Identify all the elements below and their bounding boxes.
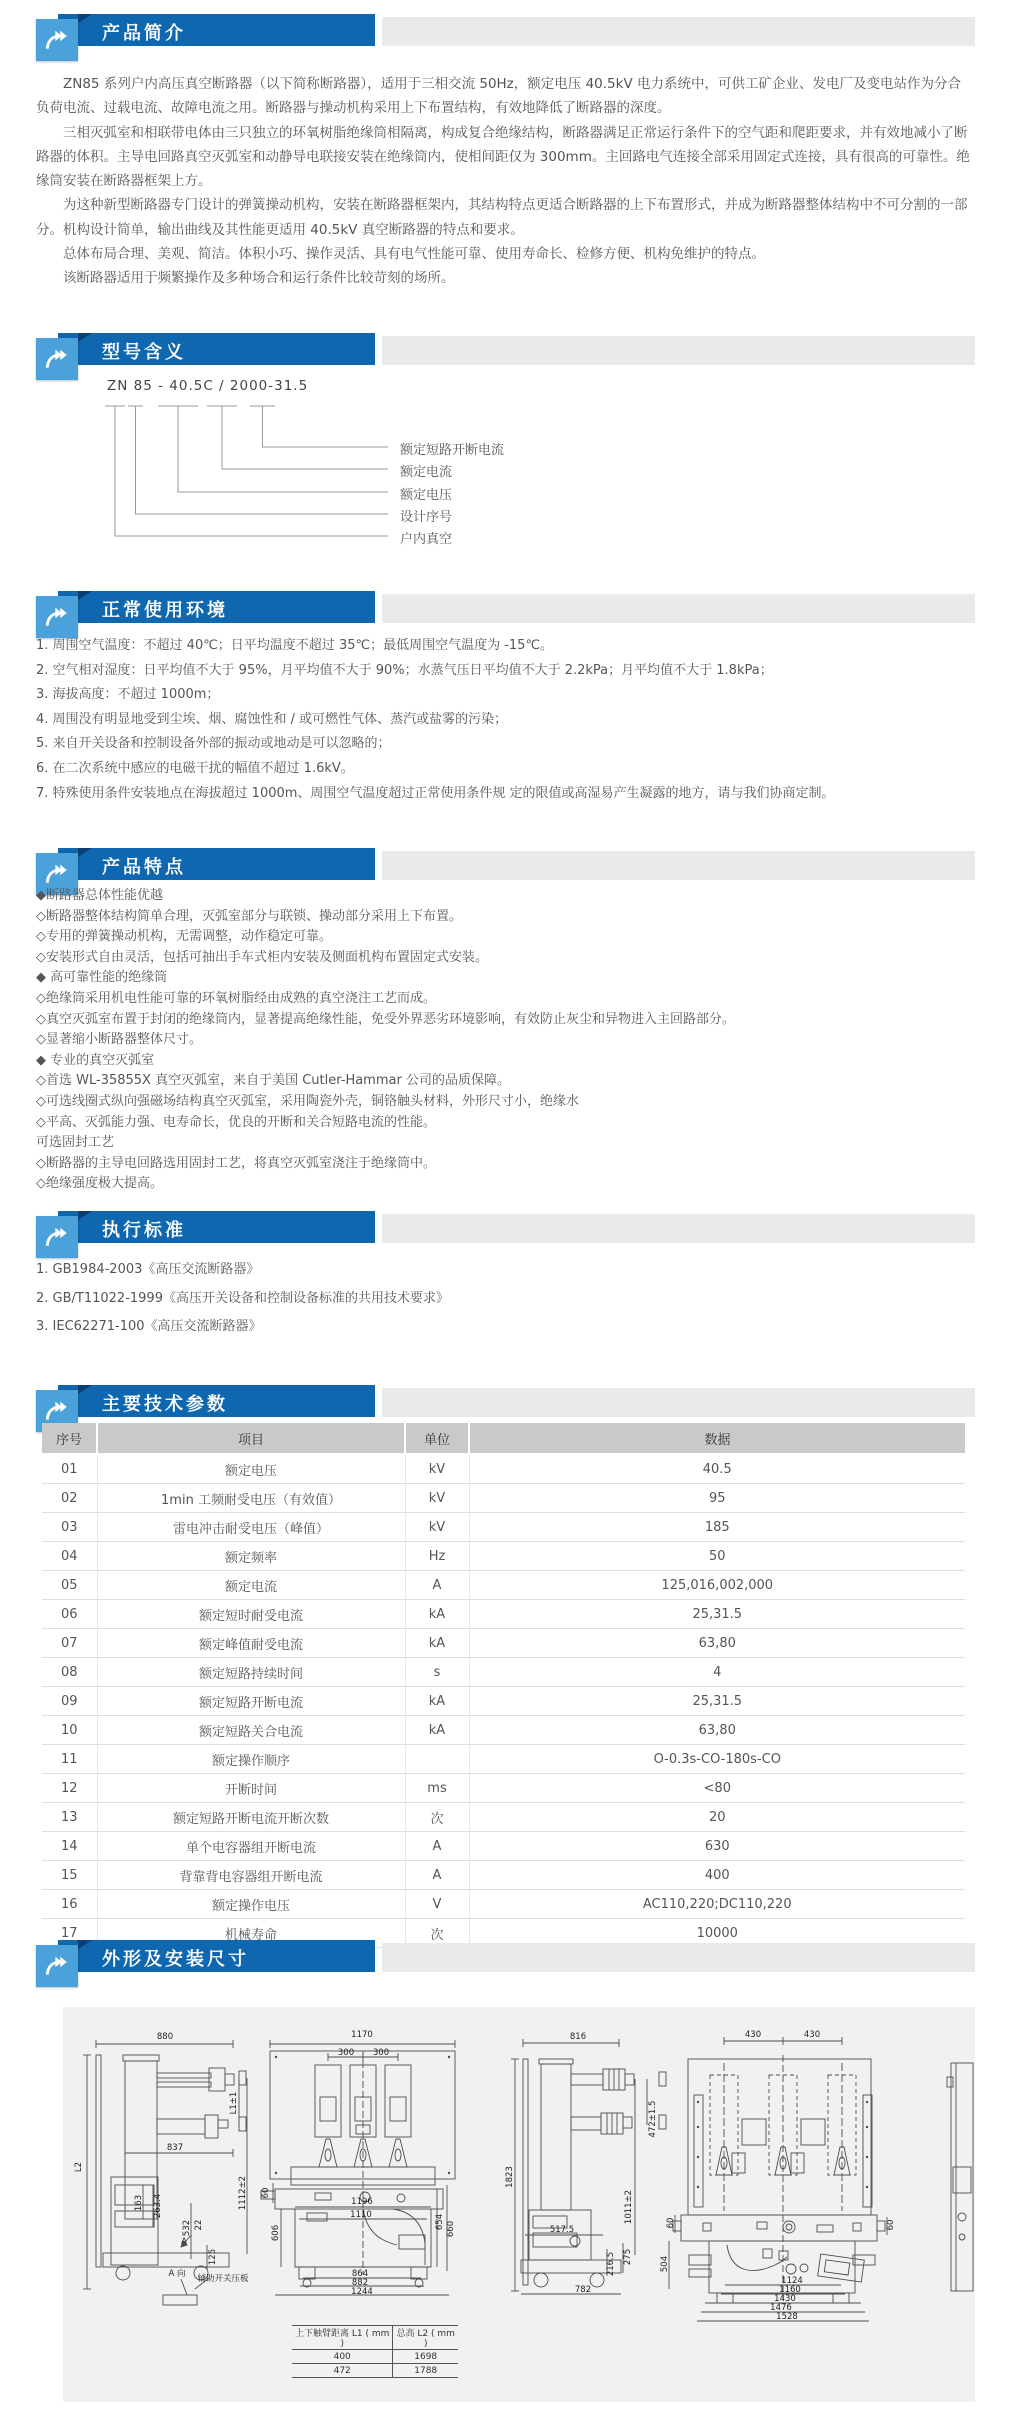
param-cell: 630	[469, 1832, 965, 1861]
dimension-label: 1244	[351, 2287, 373, 2297]
param-cell: 50	[469, 1542, 965, 1571]
param-cell: ms	[405, 1774, 469, 1803]
param-cell: 25,31.5	[469, 1687, 965, 1716]
param-cell: 额定操作电压	[97, 1890, 405, 1919]
dimension-label: 1170	[351, 2030, 373, 2040]
param-cell: Hz	[405, 1542, 469, 1571]
subtable-cell: 1698	[393, 2350, 458, 2364]
dimension-label: 163	[134, 2195, 144, 2211]
subtable-cell: 400	[292, 2350, 393, 2364]
dimension-label: 517.5	[550, 2225, 574, 2235]
section-header-standards: 执行标准	[0, 1211, 1009, 1261]
param-cell: 额定短路持续时间	[97, 1658, 405, 1687]
param-cell: 额定短路开断电流开断次数	[97, 1803, 405, 1832]
text-line: ◆ 专业的真空灭弧室	[36, 1051, 980, 1072]
text-line: 6. 在二次系统中感应的电磁干扰的幅值不超过 1.6kV。	[36, 757, 980, 782]
dimension-label: 22	[194, 2220, 204, 2231]
subtable-row: 4721788	[292, 2364, 458, 2378]
header-fold	[78, 1385, 92, 1394]
param-cell: 09	[42, 1687, 97, 1716]
param-row: 11额定操作顺序O-0.3s-CO-180s-CO	[42, 1745, 965, 1774]
text-line: 7. 特殊使用条件安装地点在海拔超过 1000m、周围空气温度超过正常使用条件规…	[36, 782, 980, 807]
subtable-cell: 1788	[393, 2364, 458, 2378]
text-line: 1. GB1984-2003《高压交流断路器》	[36, 1256, 980, 1285]
param-row: 01额定电压kV40.5	[42, 1454, 965, 1484]
text-line: 2. GB/T11022-1999《高压开关设备和控制设备标准的共用技术要求》	[36, 1285, 980, 1314]
param-cell: 05	[42, 1571, 97, 1600]
outline-drawings-panel: 上下触臂距离 L1 ( mm ) 总高 L2 ( mm ) 4001698472…	[63, 2007, 975, 2402]
param-cell: <80	[469, 1774, 965, 1803]
param-cell: 14	[42, 1832, 97, 1861]
header-fold	[78, 848, 92, 857]
param-cell: 08	[42, 1658, 97, 1687]
param-row: 09额定短路开断电流kA25,31.5	[42, 1687, 965, 1716]
section-title: 主要技术参数	[102, 1390, 228, 1416]
text-line: ◇安装形式自由灵活，包括可抽出手车式柜内安装及侧面机构布置固定式安装。	[36, 948, 980, 969]
dimension-label: 60	[261, 2188, 271, 2199]
model-segment-label: 设计序号	[400, 506, 452, 525]
param-row: 07额定峰值耐受电流kA63,80	[42, 1629, 965, 1658]
column-header: 序号	[42, 1423, 97, 1454]
column-header: 项目	[97, 1423, 405, 1454]
header-fold	[78, 333, 92, 342]
dimension-label: 1823	[505, 2166, 515, 2188]
param-cell: 11	[42, 1745, 97, 1774]
dimension-label: 837	[167, 2143, 183, 2153]
dimension-label: 275	[623, 2249, 633, 2265]
double-arrow-icon	[36, 1216, 78, 1258]
text-line: ◆断路器总体性能优越	[36, 886, 980, 907]
param-cell: 02	[42, 1484, 97, 1513]
header-strip	[382, 1214, 975, 1243]
text-line: ◇断路器整体结构简单合理，灭弧室部分与联锁、操动部分采用上下布置。	[36, 907, 980, 928]
param-cell: A	[405, 1571, 469, 1600]
technical-drawing	[63, 2007, 975, 2402]
subtable-header: 上下触臂距离 L1 ( mm )	[292, 2326, 393, 2350]
param-row: 14单个电容器组开断电流A630	[42, 1832, 965, 1861]
text-line: ◇绝缘筒采用机电性能可靠的环氧树脂经由成熟的真空浇注工艺而成。	[36, 989, 980, 1010]
param-cell: 雷电冲击耐受电压（峰值）	[97, 1513, 405, 1542]
paragraph: 为这种新型断路器专门设计的弹簧操动机构，安装在断路器框架内，其结构特点更适合断路…	[36, 193, 974, 242]
param-cell: 单个电容器组开断电流	[97, 1832, 405, 1861]
header-strip	[382, 336, 975, 365]
section-title: 产品特点	[102, 853, 186, 879]
header-fold	[78, 14, 92, 23]
param-row: 13额定短路开断电流开断次数次20	[42, 1803, 965, 1832]
param-cell: 07	[42, 1629, 97, 1658]
param-row: 021min 工频耐受电压（有效值）kV95	[42, 1484, 965, 1513]
section-title: 产品简介	[102, 19, 186, 45]
l1-l2-table: 上下触臂距离 L1 ( mm ) 总高 L2 ( mm ) 4001698472…	[292, 2325, 458, 2378]
intro-paragraphs: ZN85 系列户内高压真空断路器（以下简称断路器），适用于三相交流 50Hz，额…	[36, 72, 974, 291]
param-cell: 额定短时耐受电流	[97, 1600, 405, 1629]
text-line: ◇可选线圈式纵向强磁场结构真空灭弧室，采用陶瓷外壳，铜铬触头材料，外形尺寸小，绝…	[36, 1092, 980, 1113]
text-line: 2. 空气相对湿度：日平均值不大于 95%，月平均值不大于 90%；水蒸气压日平…	[36, 659, 980, 684]
param-cell: 额定电压	[97, 1454, 405, 1484]
dimension-label: A	[181, 2237, 187, 2247]
param-row: 03雷电冲击耐受电压（峰值）kV185	[42, 1513, 965, 1542]
section-title: 正常使用环境	[102, 596, 228, 622]
subtable-header-row: 上下触臂距离 L1 ( mm ) 总高 L2 ( mm )	[292, 2326, 458, 2350]
text-line: ◇专用的弹簧操动机构，无需调整，动作稳定可靠。	[36, 927, 980, 948]
param-cell: kA	[405, 1600, 469, 1629]
double-arrow-icon	[36, 596, 78, 638]
section-title: 外形及安装尺寸	[102, 1945, 249, 1971]
dimension-label: 1528	[776, 2312, 798, 2322]
section-header-intro: 产品简介	[0, 14, 1009, 64]
param-cell: kA	[405, 1716, 469, 1745]
double-arrow-icon	[36, 338, 78, 380]
model-segment-label: 额定电压	[400, 484, 452, 503]
param-cell	[405, 1745, 469, 1774]
dimension-label: 300	[373, 2048, 389, 2058]
dimension-label: 1112±2	[238, 2176, 248, 2210]
param-cell: 额定操作顺序	[97, 1745, 405, 1774]
param-cell: 1min 工频耐受电压（有效值）	[97, 1484, 405, 1513]
param-cell: 06	[42, 1600, 97, 1629]
column-header: 单位	[405, 1423, 469, 1454]
param-cell: 40.5	[469, 1454, 965, 1484]
param-cell: AC110,220;DC110,220	[469, 1890, 965, 1919]
text-line: 3. IEC62271-100《高压交流断路器》	[36, 1313, 980, 1342]
param-cell: 额定峰值耐受电流	[97, 1629, 405, 1658]
text-line: ◇真空灭弧室布置于封闭的绝缘筒内，显著提高绝缘性能，免受外界恶劣环境影响，有效防…	[36, 1010, 980, 1031]
dimension-label: 1196	[351, 2197, 373, 2207]
dimension-label: 430	[804, 2030, 820, 2040]
param-row: 05额定电流A125,016,002,000	[42, 1571, 965, 1600]
dimension-label: 430	[745, 2030, 761, 2040]
subtable-row: 4001698	[292, 2350, 458, 2364]
header-fold	[78, 591, 92, 600]
dimension-label: 606	[271, 2225, 281, 2241]
double-arrow-icon	[36, 1945, 78, 1987]
param-row: 15背靠背电容器组开断电流A400	[42, 1861, 965, 1890]
paragraph: ZN85 系列户内高压真空断路器（以下简称断路器），适用于三相交流 50Hz，额…	[36, 72, 974, 121]
param-cell: 15	[42, 1861, 97, 1890]
param-row: 10额定短路关合电流kA63,80	[42, 1716, 965, 1745]
header-fold	[78, 1211, 92, 1220]
param-cell: 400	[469, 1861, 965, 1890]
param-cell: 12	[42, 1774, 97, 1803]
param-cell: 次	[405, 1803, 469, 1832]
param-cell: 背靠背电容器组开断电流	[97, 1861, 405, 1890]
paragraph: 总体布局合理、美观、简洁。体积小巧、操作灵活、具有电气性能可靠、使用寿命长、检修…	[36, 242, 974, 266]
param-cell: kA	[405, 1629, 469, 1658]
param-cell: 13	[42, 1803, 97, 1832]
param-cell: kA	[405, 1687, 469, 1716]
header-strip	[382, 594, 975, 623]
dimension-label: L2	[74, 2162, 84, 2172]
dimension-label: 532	[182, 2220, 192, 2236]
model-code: ZN 85 - 40.5C / 2000-31.5	[107, 378, 308, 394]
text-line: ◇绝缘强度极大提高。	[36, 1174, 980, 1195]
param-cell: 10	[42, 1716, 97, 1745]
dimension-label: 472±1.5	[648, 2101, 658, 2138]
text-line: 1. 周围空气温度：不超过 40℃；日平均温度不超过 35℃；最低周围空气温度为…	[36, 634, 980, 659]
dimension-label: 782	[575, 2285, 591, 2295]
param-cell: 20	[469, 1803, 965, 1832]
param-cell: 开断时间	[97, 1774, 405, 1803]
param-row: 04额定频率Hz50	[42, 1542, 965, 1571]
param-cell: kV	[405, 1513, 469, 1542]
model-segment-label: 额定短路开断电流	[400, 439, 504, 458]
dimension-label: 660	[446, 2221, 456, 2237]
header-strip	[382, 17, 975, 46]
dimension-label: 216.5	[606, 2252, 616, 2276]
param-cell: 25,31.5	[469, 1600, 965, 1629]
header-fold	[78, 1940, 92, 1949]
text-line: ◇首选 WL-35855X 真空灭弧室，来自于美国 Cutler-Hammar …	[36, 1071, 980, 1092]
param-cell: 4	[469, 1658, 965, 1687]
param-cell: 04	[42, 1542, 97, 1571]
environment-list: 1. 周围空气温度：不超过 40℃；日平均温度不超过 35℃；最低周围空气温度为…	[36, 634, 980, 806]
standards-list: 1. GB1984-2003《高压交流断路器》2. GB/T11022-1999…	[36, 1256, 980, 1342]
section-header-dimensions: 外形及安装尺寸	[0, 1940, 1009, 1990]
model-segment-label: 户内真空	[400, 528, 452, 547]
text-line: 5. 来自开关设备和控制设备外部的振动或地动是可以忽略的；	[36, 732, 980, 757]
param-cell: 03	[42, 1513, 97, 1542]
dimension-label: 125	[208, 2249, 218, 2265]
dimension-label: 263.4	[153, 2194, 163, 2218]
param-cell: A	[405, 1832, 469, 1861]
paragraph: 该断路器适用于频繁操作及多种场合和运行条件比较苛刻的场所。	[36, 266, 974, 290]
param-row: 12开断时间ms<80	[42, 1774, 965, 1803]
features-list: ◆断路器总体性能优越◇断路器整体结构简单合理，灭弧室部分与联锁、操动部分采用上下…	[36, 886, 980, 1195]
param-cell: V	[405, 1890, 469, 1919]
param-cell: kV	[405, 1454, 469, 1484]
param-cell: 额定电流	[97, 1571, 405, 1600]
table-header-row: 序号 项目 单位 数据	[42, 1423, 965, 1454]
param-cell: 额定短路开断电流	[97, 1687, 405, 1716]
dimension-label: 辅助开关压板	[197, 2272, 248, 2284]
dimension-label: A 向	[168, 2267, 185, 2279]
model-meaning-diagram: ZN 85 - 40.5C / 2000-31.5 额定短路开断电流额定电流额定…	[98, 376, 718, 566]
dimension-label: 504	[660, 2256, 670, 2272]
section-title: 执行标准	[102, 1216, 186, 1242]
dimension-label: 880	[157, 2032, 173, 2042]
param-cell: kV	[405, 1484, 469, 1513]
dimension-label: 816	[570, 2032, 586, 2042]
param-cell: 01	[42, 1454, 97, 1484]
header-strip	[382, 851, 975, 880]
text-line: ◇平高、灭弧能力强、电寿命长，优良的开断和关合短路电流的性能。	[36, 1113, 980, 1134]
column-header: 数据	[469, 1423, 965, 1454]
param-cell: 额定频率	[97, 1542, 405, 1571]
parameters-table: 序号 项目 单位 数据 01额定电压kV40.5021min 工频耐受电压（有效…	[42, 1423, 965, 1948]
dimension-label: 1110	[350, 2210, 372, 2220]
param-row: 06额定短时耐受电流kA25,31.5	[42, 1600, 965, 1629]
subtable-cell: 472	[292, 2364, 393, 2378]
param-cell: O-0.3s-CO-180s-CO	[469, 1745, 965, 1774]
header-strip	[382, 1388, 975, 1417]
text-line: 可选固封工艺	[36, 1133, 980, 1154]
param-row: 08额定短路持续时间s4	[42, 1658, 965, 1687]
header-strip	[382, 1943, 975, 1972]
param-cell: 63,80	[469, 1629, 965, 1658]
param-row: 16额定操作电压VAC110,220;DC110,220	[42, 1890, 965, 1919]
model-segment-label: 额定电流	[400, 461, 452, 480]
paragraph: 三相灭弧室和相联带电体由三只独立的环氧树脂绝缘筒相隔离，构成复合绝缘结构，断路器…	[36, 121, 974, 194]
param-cell: 95	[469, 1484, 965, 1513]
param-cell: A	[405, 1861, 469, 1890]
param-cell: 额定短路关合电流	[97, 1716, 405, 1745]
dimension-label: 60	[886, 2220, 896, 2231]
dimension-label: 60	[666, 2218, 676, 2229]
param-cell: 16	[42, 1890, 97, 1919]
param-cell: s	[405, 1658, 469, 1687]
text-line: ◆ 高可靠性能的绝缘筒	[36, 968, 980, 989]
subtable-header: 总高 L2 ( mm )	[393, 2326, 458, 2350]
param-cell: 185	[469, 1513, 965, 1542]
dimension-label: 654	[435, 2214, 445, 2230]
dimension-label: 1011±2	[624, 2190, 634, 2224]
text-line: 3. 海拔高度：不超过 1000m；	[36, 683, 980, 708]
product-page: 产品简介 ZN85 系列户内高压真空断路器（以下简称断路器），适用于三相交流 5…	[0, 0, 1009, 2410]
dimension-label: L1±1	[229, 2092, 239, 2115]
section-title: 型号含义	[102, 338, 186, 364]
param-cell: 63,80	[469, 1716, 965, 1745]
dimension-label: 300	[338, 2048, 354, 2058]
text-line: ◇断路器的主导电回路选用固封工艺，将真空灭弧室浇注于绝缘筒中。	[36, 1154, 980, 1175]
text-line: ◇显著缩小断路器整体尺寸。	[36, 1030, 980, 1051]
double-arrow-icon	[36, 19, 78, 61]
text-line: 4. 周围没有明显地受到尘埃、烟、腐蚀性和 / 或可燃性气体、蒸汽或盐雾的污染；	[36, 708, 980, 733]
param-cell: 125,016,002,000	[469, 1571, 965, 1600]
